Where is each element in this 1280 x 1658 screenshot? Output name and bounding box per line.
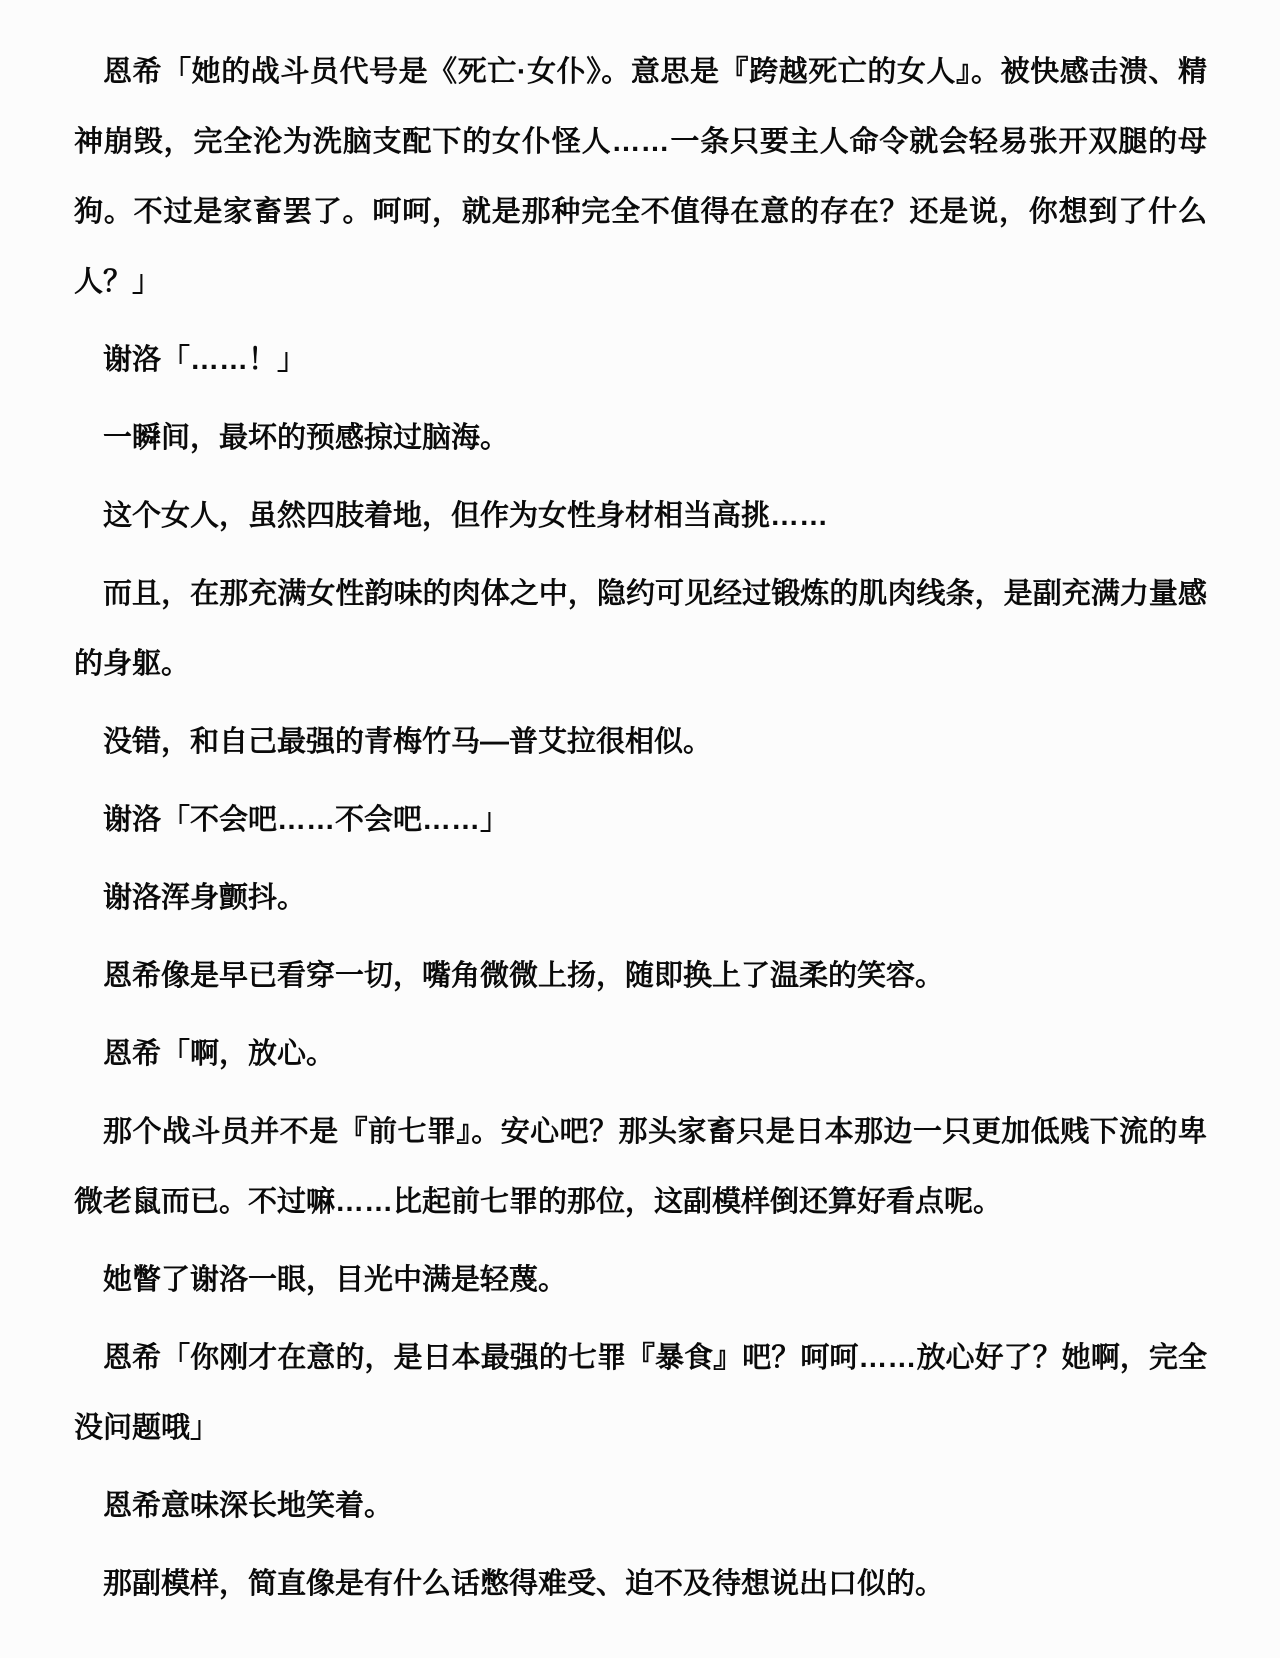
paragraph: 恩希意味深长地笑着。 — [74, 1471, 1207, 1541]
paragraph: 谢洛「……！」 — [74, 325, 1207, 395]
paragraph: 恩希「啊，放心。 — [74, 1019, 1207, 1089]
paragraph: 恩希「你刚才在意的，是日本最强的七罪『暴食』吧？呵呵……放心好了？她啊，完全没问… — [74, 1323, 1207, 1463]
paragraph: 谢洛「不会吧……不会吧……」 — [74, 785, 1207, 855]
paragraph: 没错，和自己最强的青梅竹马—普艾拉很相似。 — [74, 707, 1207, 777]
novel-page: 恩希「她的战斗员代号是《死亡·女仆》。意思是『跨越死亡的女人』。被快感击溃、精神… — [0, 0, 1280, 1658]
paragraph: 一瞬间，最坏的预感掠过脑海。 — [74, 403, 1207, 473]
novel-text-body: 恩希「她的战斗员代号是《死亡·女仆》。意思是『跨越死亡的女人』。被快感击溃、精神… — [74, 37, 1207, 1619]
paragraph: 那个战斗员并不是『前七罪』。安心吧？那头家畜只是日本那边一只更加低贱下流的卑微老… — [74, 1097, 1207, 1237]
paragraph: 恩希「她的战斗员代号是《死亡·女仆》。意思是『跨越死亡的女人』。被快感击溃、精神… — [74, 37, 1207, 317]
paragraph: 而且，在那充满女性韵味的肉体之中，隐约可见经过锻炼的肌肉线条，是副充满力量感的身… — [74, 559, 1207, 699]
paragraph: 这个女人，虽然四肢着地，但作为女性身材相当高挑…… — [74, 481, 1207, 551]
paragraph: 那副模样，简直像是有什么话憋得难受、迫不及待想说出口似的。 — [74, 1549, 1207, 1619]
paragraph: 谢洛浑身颤抖。 — [74, 863, 1207, 933]
paragraph: 恩希像是早已看穿一切，嘴角微微上扬，随即换上了温柔的笑容。 — [74, 941, 1207, 1011]
paragraph: 她瞥了谢洛一眼，目光中满是轻蔑。 — [74, 1245, 1207, 1315]
